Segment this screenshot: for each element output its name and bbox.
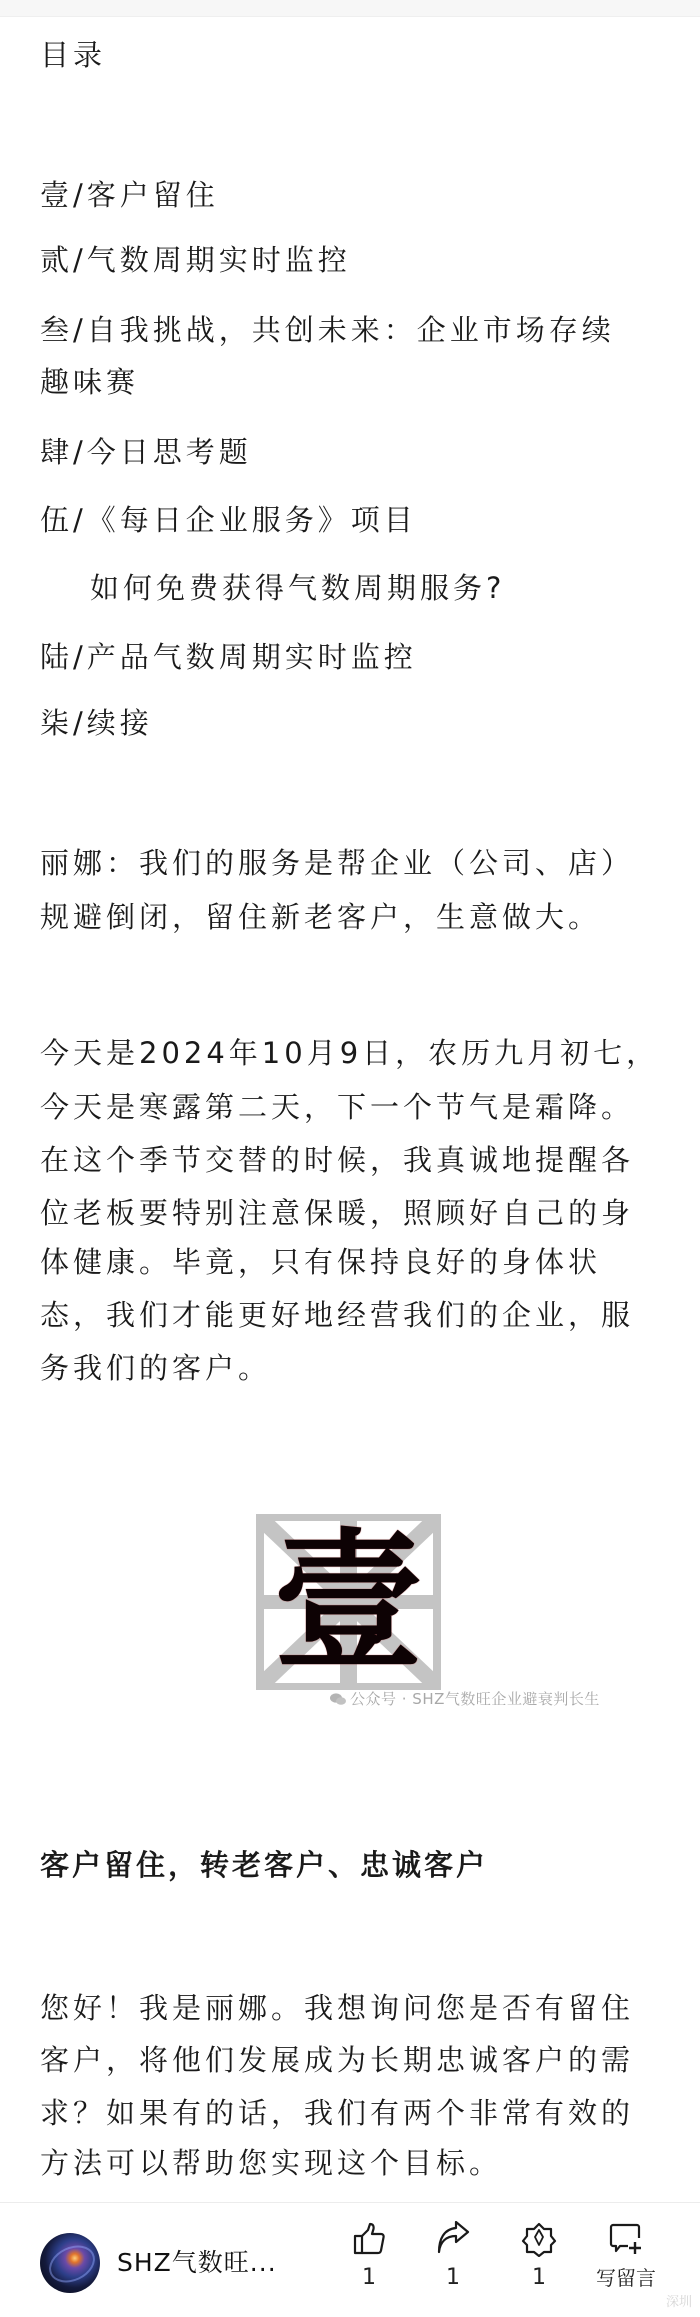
section-body-line: 求？如果有的话，我们有两个非常有效的 xyxy=(40,2095,680,2131)
share-count: 1 xyxy=(418,2265,488,2291)
greeting-line: 务我们的客户。 xyxy=(40,1350,680,1386)
like-button[interactable]: 1 xyxy=(334,2221,404,2291)
toc-subitem-5-1[interactable]: 如何免费获得气数周期服务? xyxy=(90,570,700,606)
intro-line: 丽娜：我们的服务是帮企业（公司、店） xyxy=(40,845,680,881)
write-comment-label: 写留言 xyxy=(584,2265,668,2291)
toc-item-1[interactable]: 壹/客户留住 xyxy=(40,177,680,213)
section-number-glyph: 壹 xyxy=(256,1514,441,1690)
toc-item-3[interactable]: 叁/自我挑战，共创未来：企业市场存续 xyxy=(40,312,680,348)
write-comment-button[interactable]: 写留言 xyxy=(584,2221,668,2291)
author-name[interactable]: SHZ气数旺... xyxy=(117,2243,277,2279)
toc-item-3-cont[interactable]: 趣味赛 xyxy=(40,364,680,400)
wechat-icon xyxy=(330,1693,346,1705)
share-button[interactable]: 1 xyxy=(418,2221,488,2291)
intro-line: 规避倒闭，留住新老客户，生意做大。 xyxy=(40,899,680,935)
section-body-line: 客户，将他们发展成为长期忠诚客户的需 xyxy=(40,2042,680,2078)
toc-item-2[interactable]: 贰/气数周期实时监控 xyxy=(40,242,680,278)
toc-item-5[interactable]: 伍/《每日企业服务》项目 xyxy=(40,502,680,538)
toc-title: 目录 xyxy=(40,37,680,73)
greeting-line: 今天是2024年10月9日，农历九月初七， xyxy=(40,1035,680,1071)
thumbs-up-icon xyxy=(351,2221,387,2257)
wow-count: 1 xyxy=(504,2265,574,2291)
wow-button[interactable]: 1 xyxy=(504,2221,574,2291)
share-icon xyxy=(435,2221,471,2257)
greeting-line: 今天是寒露第二天，下一个节气是霜降。 xyxy=(40,1089,680,1125)
write-comment-icon xyxy=(608,2221,644,2257)
greeting-line: 位老板要特别注意保暖，照顾好自己的身 xyxy=(40,1195,680,1231)
toc-item-6[interactable]: 陆/产品气数周期实时监控 xyxy=(40,639,680,675)
galaxy-icon xyxy=(43,2238,100,2289)
toc-item-7[interactable]: 柒/续接 xyxy=(40,705,680,741)
wow-icon xyxy=(521,2221,557,2257)
greeting-line: 在这个季节交替的时候，我真诚地提醒各 xyxy=(40,1142,680,1178)
like-count: 1 xyxy=(334,2265,404,2291)
image-watermark: 公众号 · SHZ气数旺企业避衰判长生 xyxy=(330,1688,600,1709)
section-body-line: 方法可以帮助您实现这个目标。 xyxy=(40,2145,680,2181)
corner-watermark: 深圳 xyxy=(666,2291,692,2310)
top-divider xyxy=(0,0,700,17)
greeting-line: 体健康。毕竟，只有保持良好的身体状 xyxy=(40,1244,680,1280)
section-number-image: 壹 xyxy=(256,1514,441,1690)
watermark-text: 公众号 · SHZ气数旺企业避衰判长生 xyxy=(350,1690,600,1708)
author-avatar[interactable] xyxy=(40,2233,100,2293)
toc-item-4[interactable]: 肆/今日思考题 xyxy=(40,434,680,470)
section-heading: 客户留住，转老客户、忠诚客户 xyxy=(40,1847,680,1883)
section-body-line: 您好！我是丽娜。我想询问您是否有留住 xyxy=(40,1990,680,2026)
greeting-line: 态，我们才能更好地经营我们的企业，服 xyxy=(40,1297,680,1333)
bottom-action-bar: SHZ气数旺... 1 1 1 写留言 深圳 xyxy=(0,2202,700,2317)
